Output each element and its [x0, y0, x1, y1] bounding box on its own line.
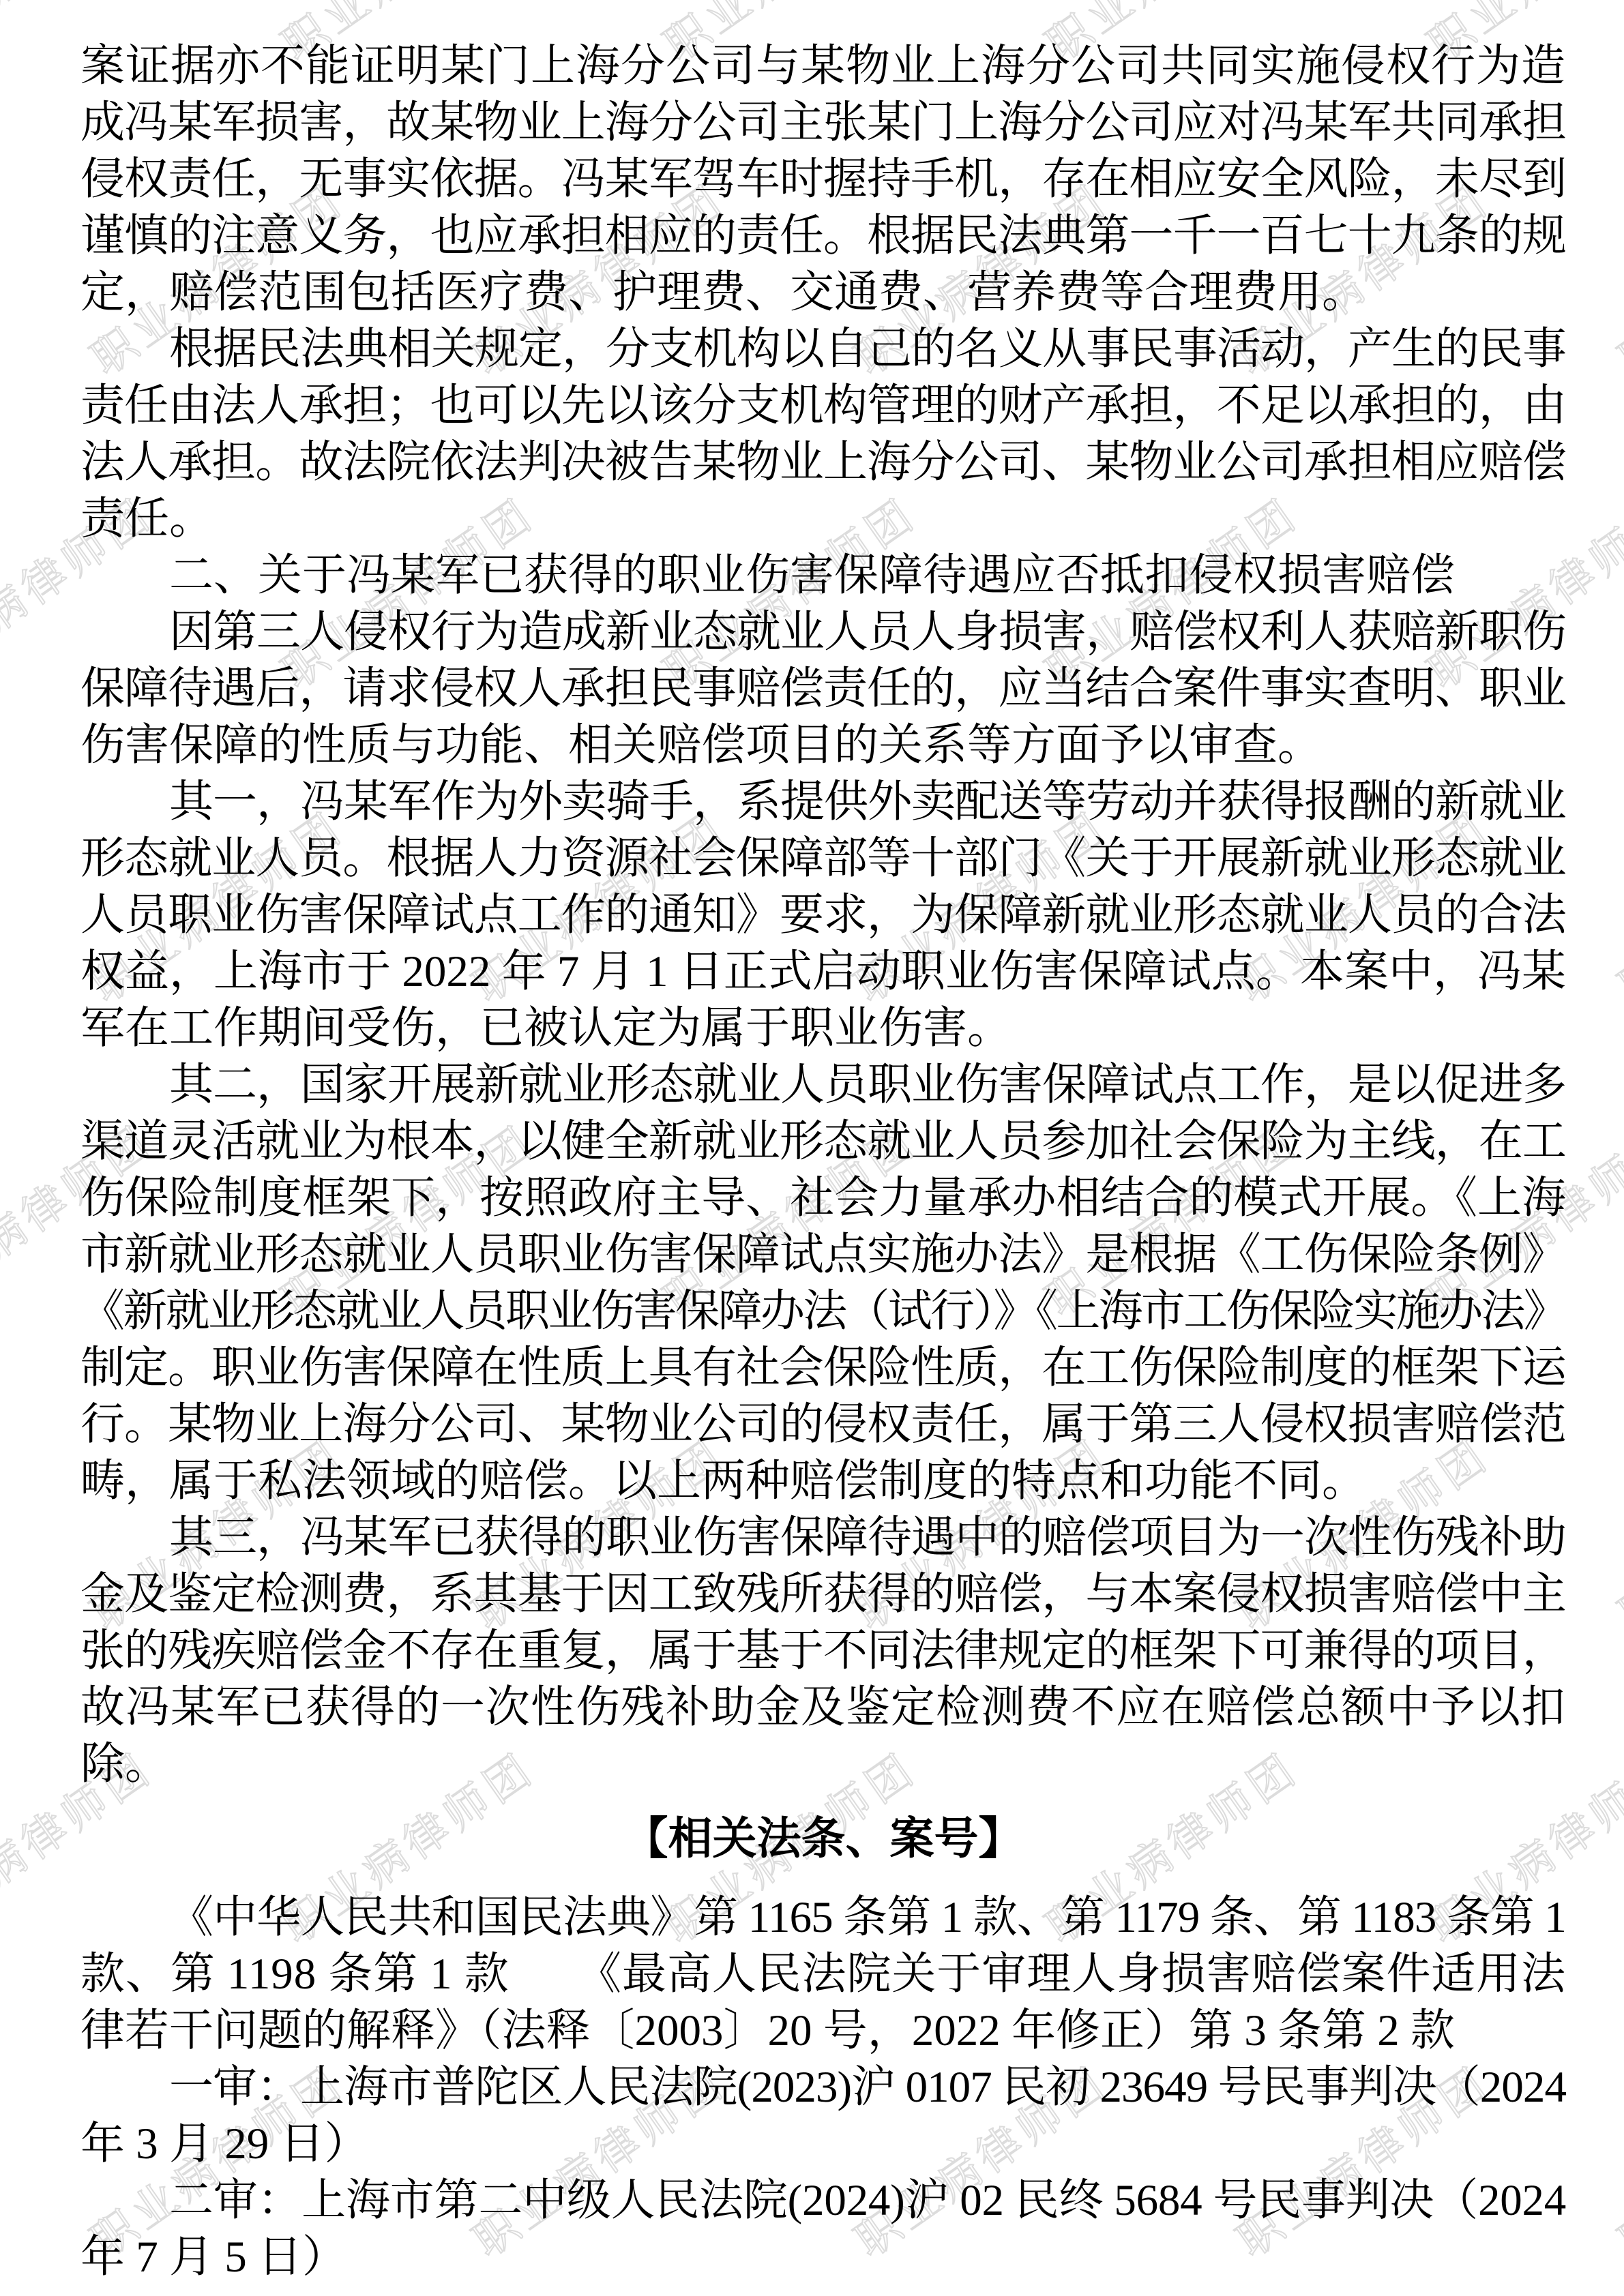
text-line: 成冯某军损害，故某物业上海分公司主张某门上海分公司应对冯某军共同承担 — [80, 95, 1566, 151]
section-heading: 【相关法条、案号】 — [80, 1811, 1566, 1868]
text-line: 责任由法人承担；也可以先以该分支机构管理的财产承担，不足以承担的，由 — [80, 378, 1566, 434]
watermark-text: 职业病律师团 — [1605, 166, 1624, 387]
text-line: 故冯某军已获得的一次性伤残补助金及鉴定检测费不应在赔偿总额中予以扣 — [80, 1680, 1566, 1736]
text-line: 市新就业形态就业人员职业伤害保障试点实施办法》是根据《工伤保险条例》 — [80, 1227, 1566, 1283]
watermark-text: 职业病律师团 — [1605, 1421, 1624, 1641]
text-line: 权益，上海市于 2022 年 7 月 1 日正式启动职业伤害保障试点。本案中，冯… — [80, 944, 1566, 1000]
text-line: 伤害保障的性质与功能、相关赔偿项目的关系等方面予以审查。 — [80, 717, 1566, 774]
text-line: 法人承担。故法院依法判决被告某物业上海分公司、某物业公司承担相应赔偿 — [80, 434, 1566, 491]
watermark-text: 职业病律师团 — [1605, 794, 1624, 1014]
judgment-analysis-text: 案证据亦不能证明某门上海分公司与某物业上海分公司共同实施侵权行为造成冯某军损害，… — [80, 38, 1566, 1793]
text-line: 军在工作期间受伤，已被认定为属于职业伤害。 — [80, 1000, 1566, 1057]
text-line: 根据民法典相关规定，分支机构以自己的名义从事民事活动，产生的民事 — [80, 321, 1566, 378]
text-line: 年 3 月 29 日） — [80, 2116, 1566, 2173]
text-line: 律若干问题的解释》（法释〔2003〕20 号，2022 年修正）第 3 条第 2… — [80, 2003, 1566, 2059]
text-line: 二、关于冯某军已获得的职业伤害保障待遇应否抵扣侵权损害赔偿 — [80, 548, 1566, 604]
text-line: 案证据亦不能证明某门上海分公司与某物业上海分公司共同实施侵权行为造 — [80, 38, 1566, 95]
document-body: 案证据亦不能证明某门上海分公司与某物业上海分公司共同实施侵权行为造成冯某军损害，… — [80, 38, 1566, 2286]
text-line: 行。某物业上海分公司、某物业公司的侵权责任，属于第三人侵权损害赔偿范 — [80, 1397, 1566, 1453]
text-line: 侵权责任，无事实依据。冯某军驾车时握持手机，存在相应安全风险，未尽到 — [80, 151, 1566, 208]
text-line: 伤保险制度框架下，按照政府主导、社会力量承办相结合的模式开展。《上海 — [80, 1170, 1566, 1227]
text-line: 因第三人侵权行为造成新业态就业人员人身损害，赔偿权利人获赔新职伤 — [80, 604, 1566, 661]
text-line: 保障待遇后，请求侵权人承担民事赔偿责任的，应当结合案件事实查明、职业 — [80, 661, 1566, 717]
text-line: 其一，冯某军作为外卖骑手，系提供外卖配送等劳动并获得报酬的新就业 — [80, 774, 1566, 831]
text-line: 年 7 月 5 日） — [80, 2229, 1566, 2286]
text-line: 其三，冯某军已获得的职业伤害保障待遇中的赔偿项目为一次性伤残补助 — [80, 1510, 1566, 1566]
related-statutes-and-case-numbers: 《中华人民共和国民法典》第 1165 条第 1 款、第 1179 条、第 118… — [80, 1890, 1566, 2286]
text-line: 金及鉴定检测费，系其基于因工致残所获得的赔偿，与本案侵权损害赔偿中主 — [80, 1566, 1566, 1623]
text-line: 款、第 1198 条第 1 款 《最高人民法院关于审理人身损害赔偿案件适用法 — [80, 1946, 1566, 2003]
text-line: 畴，属于私法领域的赔偿。以上两种赔偿制度的特点和功能不同。 — [80, 1453, 1566, 1510]
text-line: 形态就业人员。根据人力资源社会保障部等十部门《关于开展新就业形态就业 — [80, 831, 1566, 887]
text-line: 其二，国家开展新就业形态就业人员职业伤害保障试点工作，是以促进多 — [80, 1057, 1566, 1114]
text-line: 渠道灵活就业为根本，以健全新就业形态就业人员参加社会保险为主线，在工 — [80, 1114, 1566, 1170]
text-line: 张的残疾赔偿金不存在重复，属于基于不同法律规定的框架下可兼得的项目， — [80, 1623, 1566, 1680]
text-line: 一审：上海市普陀区人民法院(2023)沪 0107 民初 23649 号民事判决… — [80, 2059, 1566, 2116]
watermark-text: 职业病律师团 — [1605, 2048, 1624, 2269]
text-line: 责任。 — [80, 491, 1566, 548]
text-line: 定，赔偿范围包括医疗费、护理费、交通费、营养费等合理费用。 — [80, 265, 1566, 321]
text-line: 《中华人民共和国民法典》第 1165 条第 1 款、第 1179 条、第 118… — [80, 1890, 1566, 1946]
text-line: 《新就业形态就业人员职业伤害保障办法（试行）》《上海市工伤保险实施办法》 — [80, 1283, 1566, 1340]
text-line: 谨慎的注意义务，也应承担相应的责任。根据民法典第一千一百七十九条的规 — [80, 208, 1566, 265]
text-line: 二审：上海市第二中级人民法院(2024)沪 02 民终 5684 号民事判决（2… — [80, 2173, 1566, 2229]
text-line: 人员职业伤害保障试点工作的通知》要求，为保障新就业形态就业人员的合法 — [80, 887, 1566, 944]
legal-document-page: { "page": { "width": 2381, "height": 336… — [0, 0, 1624, 2296]
text-line: 除。 — [80, 1736, 1566, 1793]
text-line: 制定。职业伤害保障在性质上具有社会保险性质，在工伤保险制度的框架下运 — [80, 1340, 1566, 1397]
